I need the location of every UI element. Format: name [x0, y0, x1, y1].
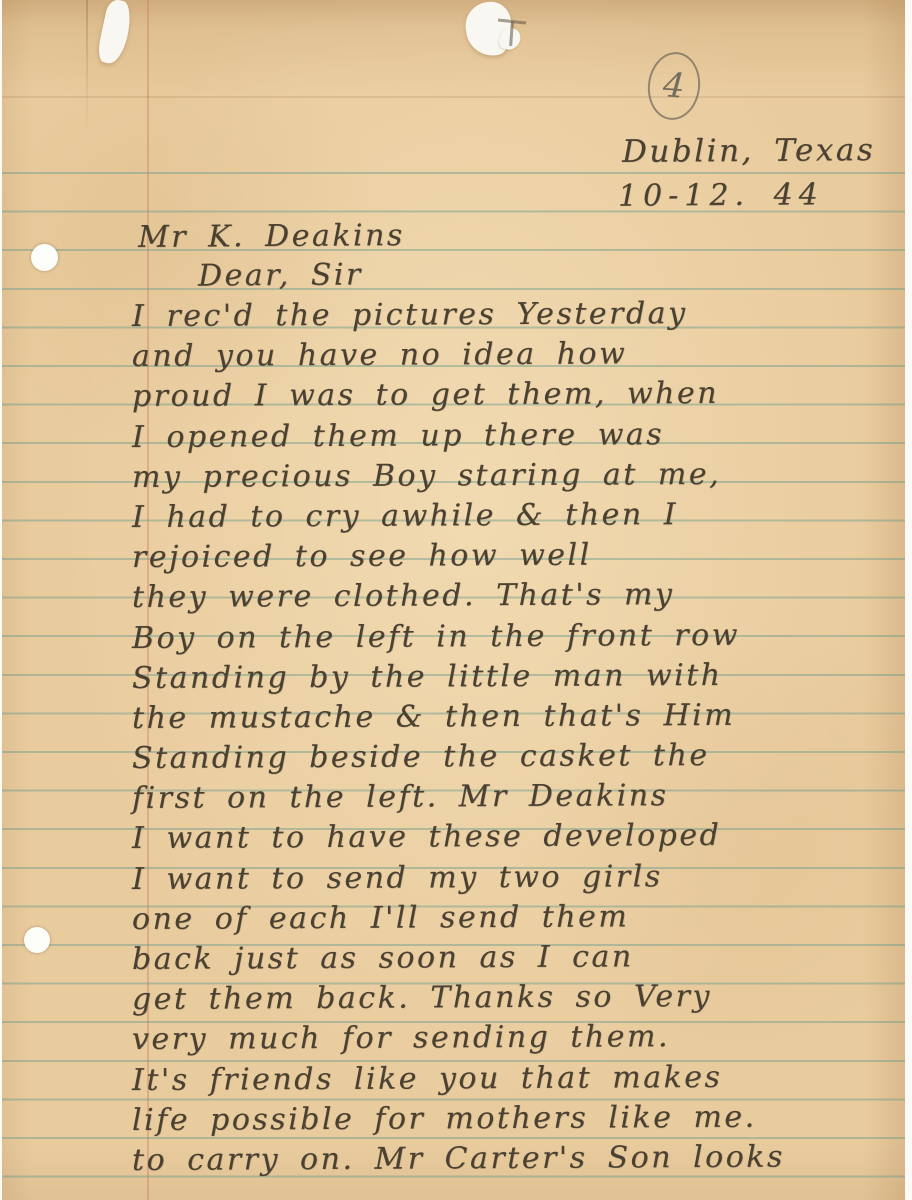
letter-line: Standing by the little man with: [132, 655, 895, 699]
letter-line: life possible for mothers like me.: [132, 1097, 895, 1141]
letter-line: Boy on the left in the front row: [132, 615, 895, 659]
punch-hole-bottom: [24, 927, 50, 953]
letter-place: Dublin, Texas: [622, 132, 875, 170]
page-number-circle: 4: [644, 49, 704, 123]
letter-line: and you have no idea how: [132, 333, 895, 377]
letter-line: I opened them up there was: [132, 414, 895, 458]
paper-crease-vertical: [86, 0, 88, 132]
paper-tear-left: [96, 0, 135, 66]
letter-body: I rec'd the pictures Yesterday and you h…: [132, 295, 895, 1179]
punch-hole-top: [31, 244, 58, 271]
paper-crease-horizontal: [2, 96, 905, 98]
letter-paper: 4 Dublin, Texas 10-12. 44 Mr K. Deakins …: [2, 0, 905, 1200]
letter-line: first on the left. Mr Deakins: [132, 775, 895, 819]
scanned-letter-page: 4 Dublin, Texas 10-12. 44 Mr K. Deakins …: [0, 0, 912, 1200]
letter-salutation: Dear, Sir: [198, 257, 363, 293]
letter-line: proud I was to get them, when: [132, 373, 895, 417]
letter-line: to carry on. Mr Carter's Son looks: [132, 1137, 895, 1181]
letter-line: my precious Boy staring at me,: [132, 454, 895, 498]
letter-line: very much for sending them.: [132, 1016, 895, 1060]
letter-line: I want to have these developed: [132, 815, 895, 859]
page-number: 4: [662, 65, 686, 106]
letter-line: I had to cry awhile & then I: [132, 494, 895, 538]
letter-date: 10-12. 44: [618, 177, 824, 213]
letter-recipient: Mr K. Deakins: [138, 218, 405, 255]
letter-line: I want to send my two girls: [132, 856, 895, 900]
letter-line: rejoiced to see how well: [132, 534, 895, 578]
letter-line: get them back. Thanks so Very: [132, 976, 895, 1020]
letter-line: one of each I'll send them: [132, 896, 895, 940]
letter-line: back just as soon as I can: [132, 936, 895, 980]
letter-line: they were clothed. That's my: [132, 574, 895, 618]
letter-line: Standing beside the casket the: [132, 735, 895, 779]
letter-line: It's friends like you that makes: [132, 1057, 895, 1101]
letter-line: I rec'd the pictures Yesterday: [132, 293, 895, 337]
letter-line: the mustache & then that's Him: [132, 695, 895, 739]
